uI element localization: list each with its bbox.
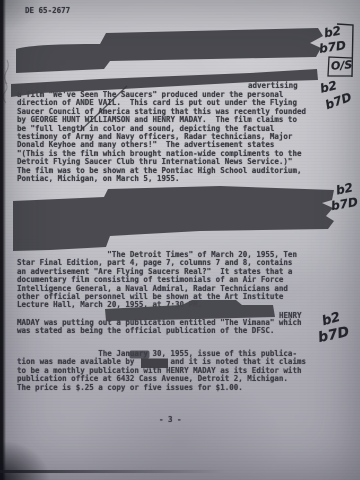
paper-bottom-edge-line	[0, 470, 225, 473]
handwritten-exemption-code: b7D	[330, 195, 359, 213]
handwritten-exemption-code: b7D	[318, 38, 347, 56]
paragraph-1: a film "We've Seen The Saucers" produced…	[17, 91, 306, 183]
handwritten-exemption-code: b2	[319, 78, 339, 96]
handwritten-exemption-code: b2	[323, 24, 342, 41]
handwritten-exemption-code: O/S	[331, 58, 353, 72]
scanned-document-photo: DE 65-2677 advertising a film "We've See…	[0, 0, 360, 480]
paragraph-2: "The Detroit Times" of March 20, 1955, T…	[17, 251, 297, 310]
overflow-word: advertising	[248, 81, 298, 90]
page-number: - 3 -	[159, 415, 182, 424]
redaction-bar-3	[13, 186, 334, 251]
file-number: DE 65-2677	[25, 6, 70, 15]
redaction-bar-1	[16, 28, 323, 73]
photo-edge-shadow-corner	[0, 380, 110, 480]
paragraph-3: MADAY was putting out a publication enti…	[17, 319, 301, 336]
handwritten-exemption-code: b7D	[317, 324, 351, 346]
